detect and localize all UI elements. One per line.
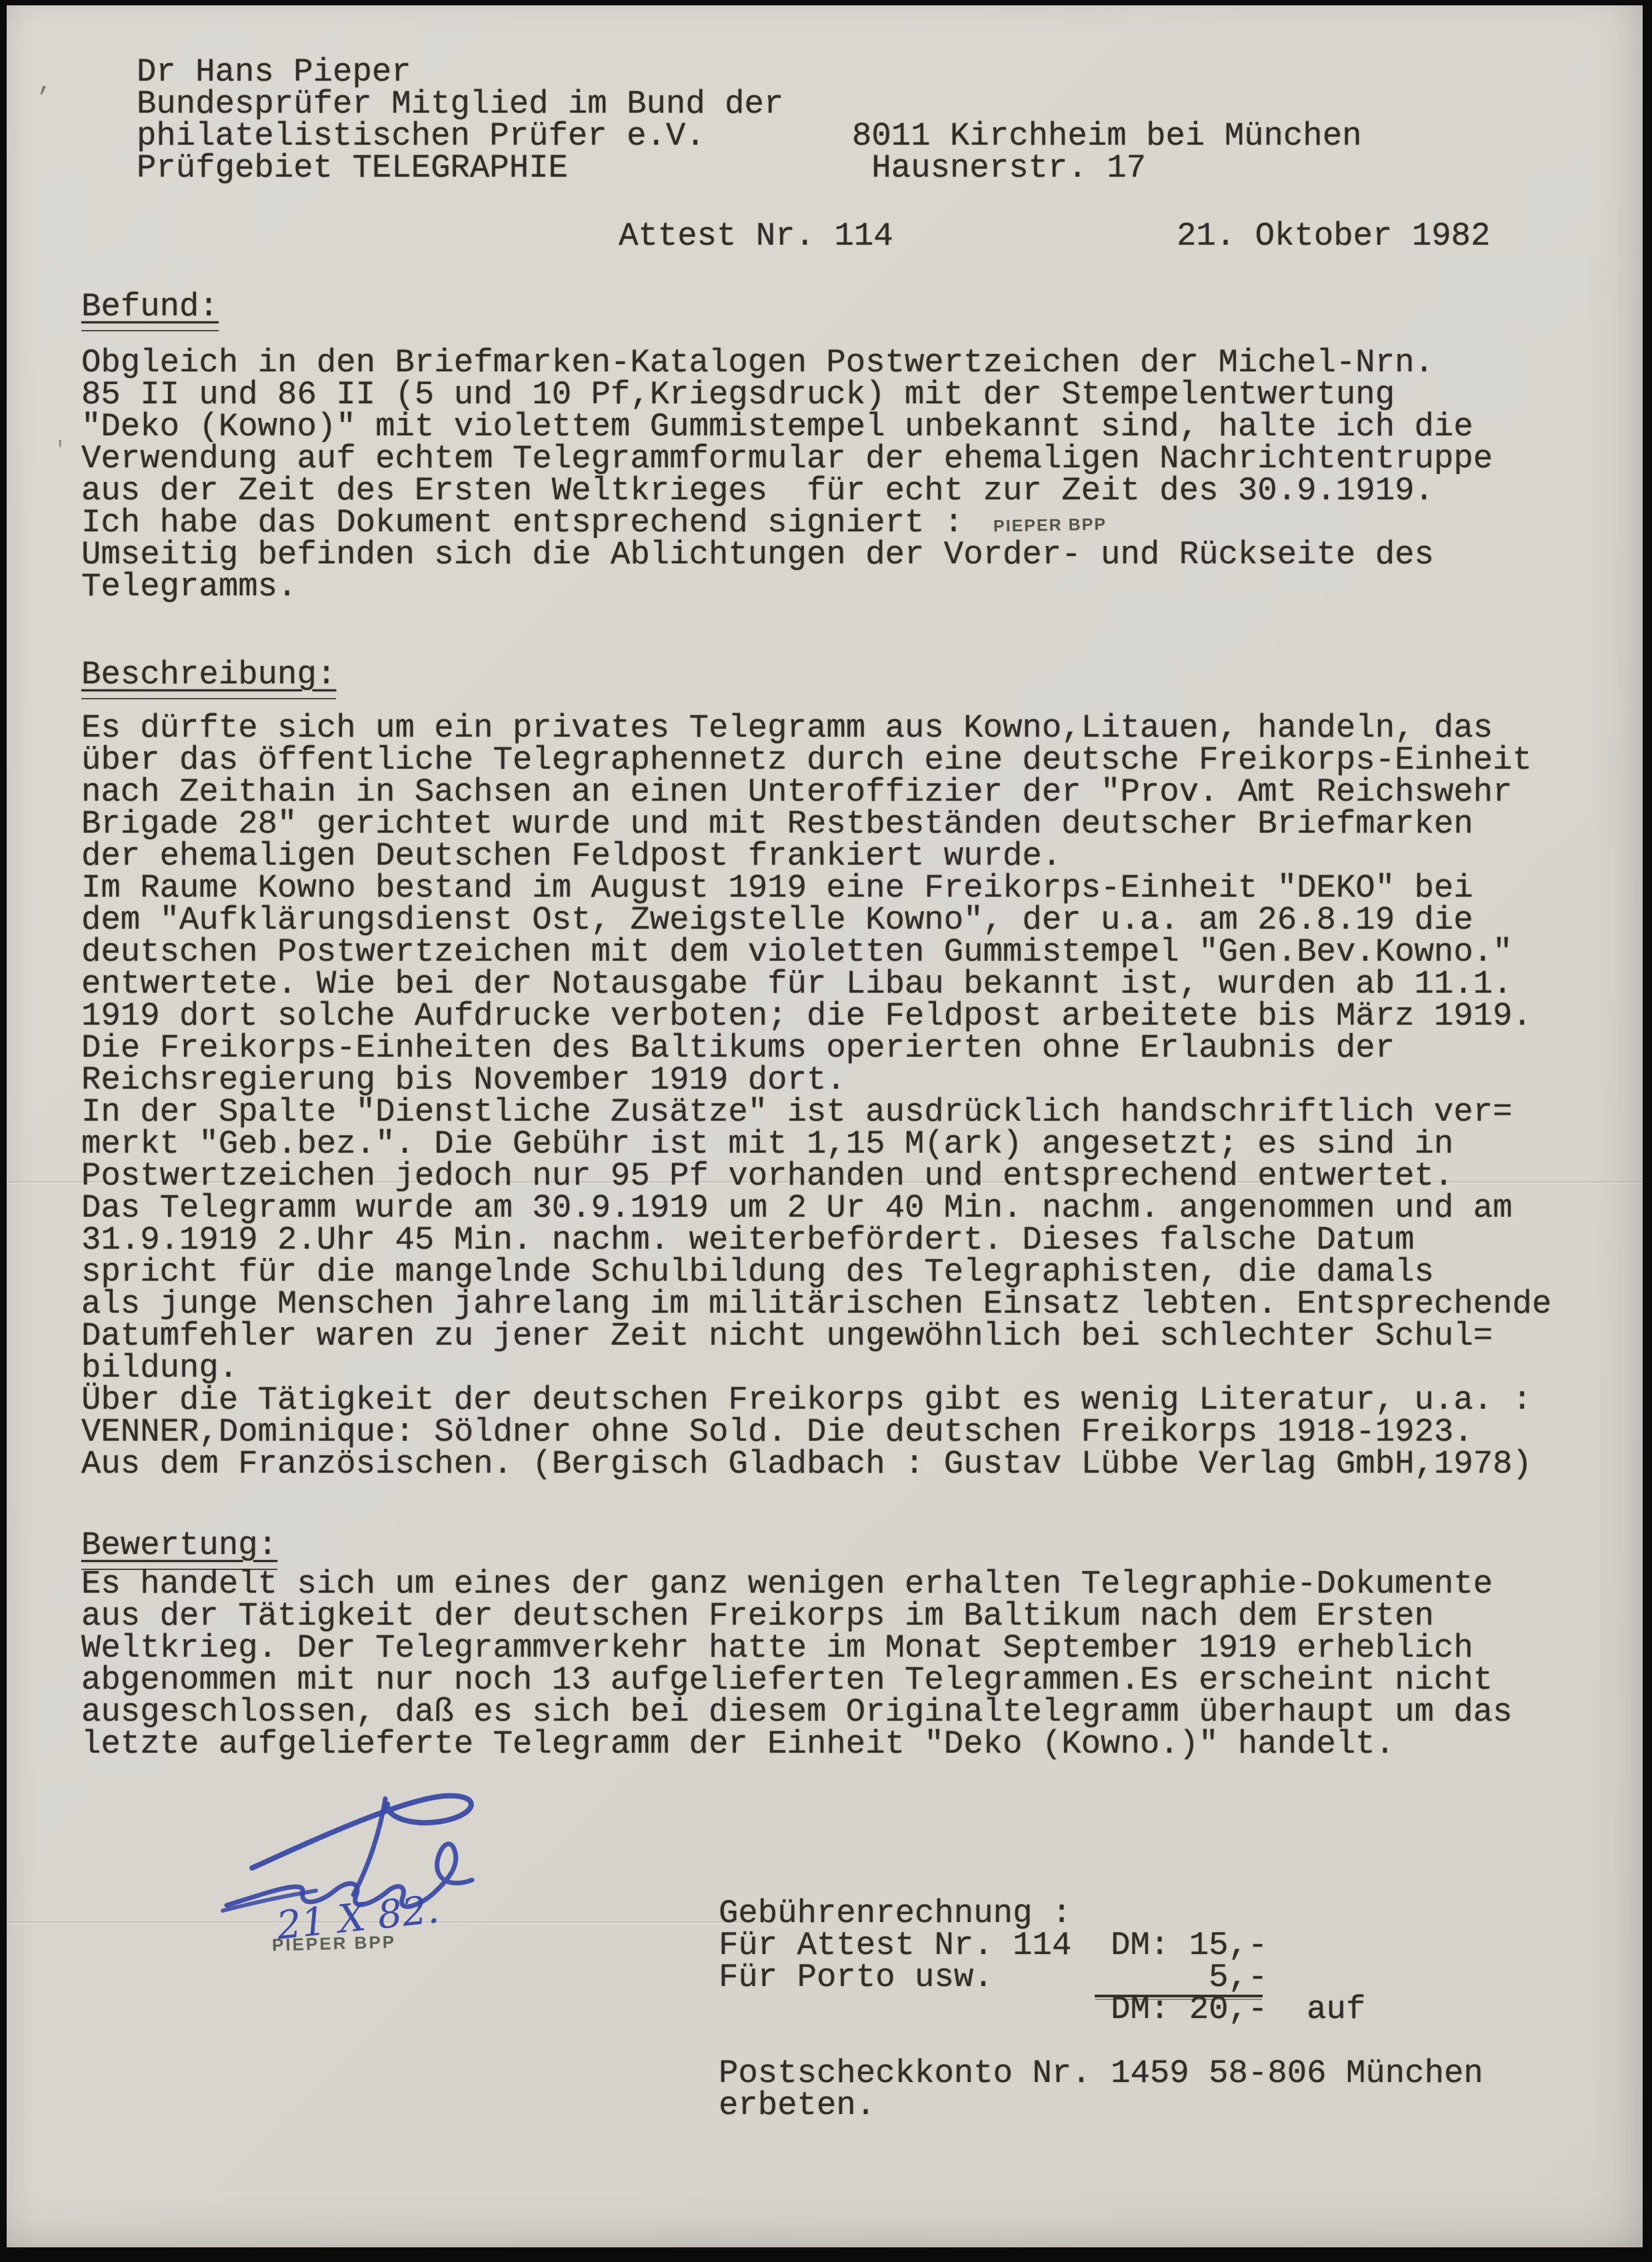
scan-black-border: { "header": { "left_block": "Dr Hans Pie… [0, 0, 1652, 2262]
handwritten-signature-ink: 21 X 82. [185, 1787, 519, 1953]
beschreibung-paragraph: Es dürfte sich um ein privates Telegramm… [81, 712, 1551, 1480]
document-date: 21. Oktober 1982 [1177, 220, 1490, 252]
pieper-bpp-stamp-inline: PIEPER BPP [993, 515, 1107, 537]
befund-paragraph: Obgleich in den Briefmarken-Katalogen Po… [81, 347, 1493, 603]
beschreibung-heading: Beschreibung: [81, 659, 336, 699]
pieper-bpp-stamp: PIEPER BPP [272, 1932, 397, 1956]
bewertung-heading: Bewertung: [81, 1529, 277, 1570]
attest-number: Attest Nr. 114 [619, 220, 893, 252]
sender-block: Dr Hans Pieper Bundesprüfer Mitglied im … [137, 56, 783, 184]
document-page: , ' Dr Hans Pieper Bundesprüfer Mitglied… [7, 5, 1643, 2247]
fee-statement: Gebührenrechnung : Für Attest Nr. 114 DM… [719, 1897, 1483, 2121]
stray-mark: , [37, 69, 53, 98]
fee-total-rule [1095, 1995, 1263, 1997]
address-block: 8011 Kirchheim bei München Hausnerstr. 1… [852, 120, 1362, 184]
stray-mark: ' [53, 439, 67, 464]
bewertung-paragraph: Es handelt sich um eines der ganz wenige… [81, 1568, 1513, 1760]
befund-heading: Befund: [81, 291, 219, 331]
